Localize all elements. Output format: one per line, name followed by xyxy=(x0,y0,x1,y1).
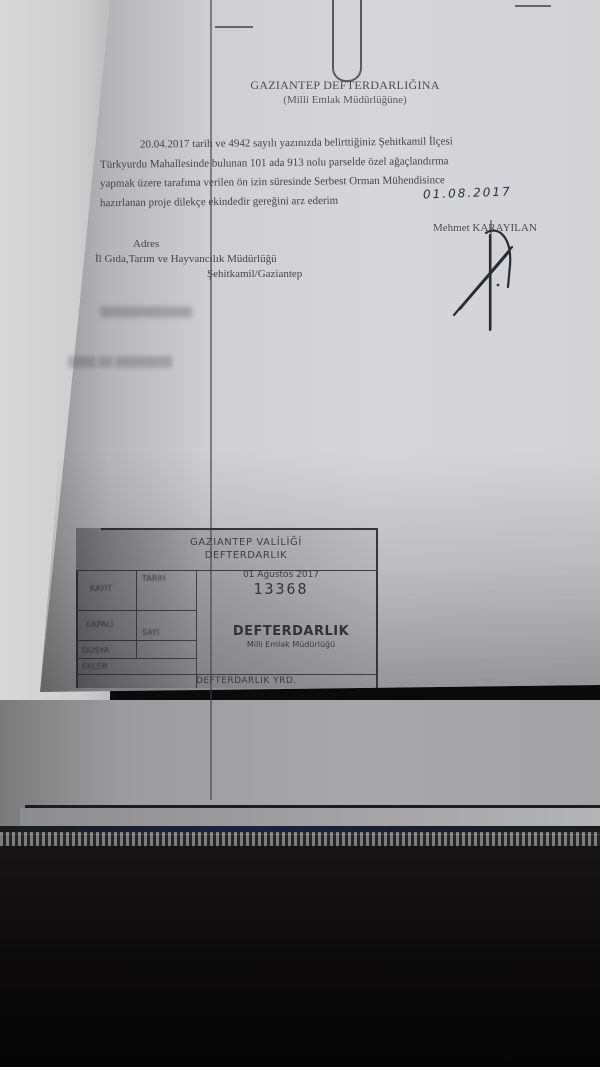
stamp-office: DEFTERDARLIK xyxy=(216,624,366,639)
stamp-date: 01 Ağustos 2017 xyxy=(206,570,356,580)
stamp-header: GAZIANTEP VALİLİĞİ DEFTERDARLIK xyxy=(136,536,356,562)
registry-stamp: GAZIANTEP VALİLİĞİ DEFTERDARLIK KAYIT TA… xyxy=(76,528,378,688)
redacted-id: ▒▒▒▒ ▒▒ ▒▒▒▒▒▒▒▒ xyxy=(68,357,172,368)
stamp-label: SAYI xyxy=(142,628,159,637)
paperclip-mark xyxy=(332,0,362,82)
stamp-grid: KAYIT TARİH KAPALI SAYI DOSYA EKLER 01 A… xyxy=(76,570,378,688)
address-label: Adres xyxy=(133,238,159,250)
signature-scribble xyxy=(450,225,530,335)
redacted-phone: ▒▒▒▒▒▒▒▒▒▒▒▒▒ xyxy=(100,307,192,318)
table-surface xyxy=(0,846,600,1067)
addressee-title: GAZIANTEP DEFTERDARLIĞINA xyxy=(215,78,475,93)
address-line: Şehitkamil/Gaziantep xyxy=(207,268,302,280)
address-line: İl Gıda,Tarım ve Hayvancılık Müdürlüğü xyxy=(95,253,277,265)
stamp-label: DOSYA xyxy=(82,646,109,655)
stamp-label: KAPALI xyxy=(86,620,113,629)
pencil-mark xyxy=(215,26,253,28)
stamp-label: KAYIT xyxy=(90,584,112,593)
stamp-footer: DEFTERDARLIK YRD. xyxy=(196,676,366,686)
stamp-registry-number: 13368 xyxy=(206,580,356,598)
body-line: hazırlanan proje dilekçe ekindedir gereğ… xyxy=(100,195,338,209)
binder-spiral xyxy=(0,832,600,846)
stamp-label: TARİH xyxy=(142,574,166,583)
photo-scene: GAZIANTEP DEFTERDARLIĞINA (Milli Emlak M… xyxy=(0,0,600,1067)
stamp-label: EKLER xyxy=(82,662,107,671)
addressee-subtitle: (Milli Emlak Müdürlüğüne) xyxy=(215,94,475,106)
stamp-office-sub: Milli Emlak Müdürlüğü xyxy=(216,640,366,649)
pencil-mark xyxy=(515,5,551,7)
